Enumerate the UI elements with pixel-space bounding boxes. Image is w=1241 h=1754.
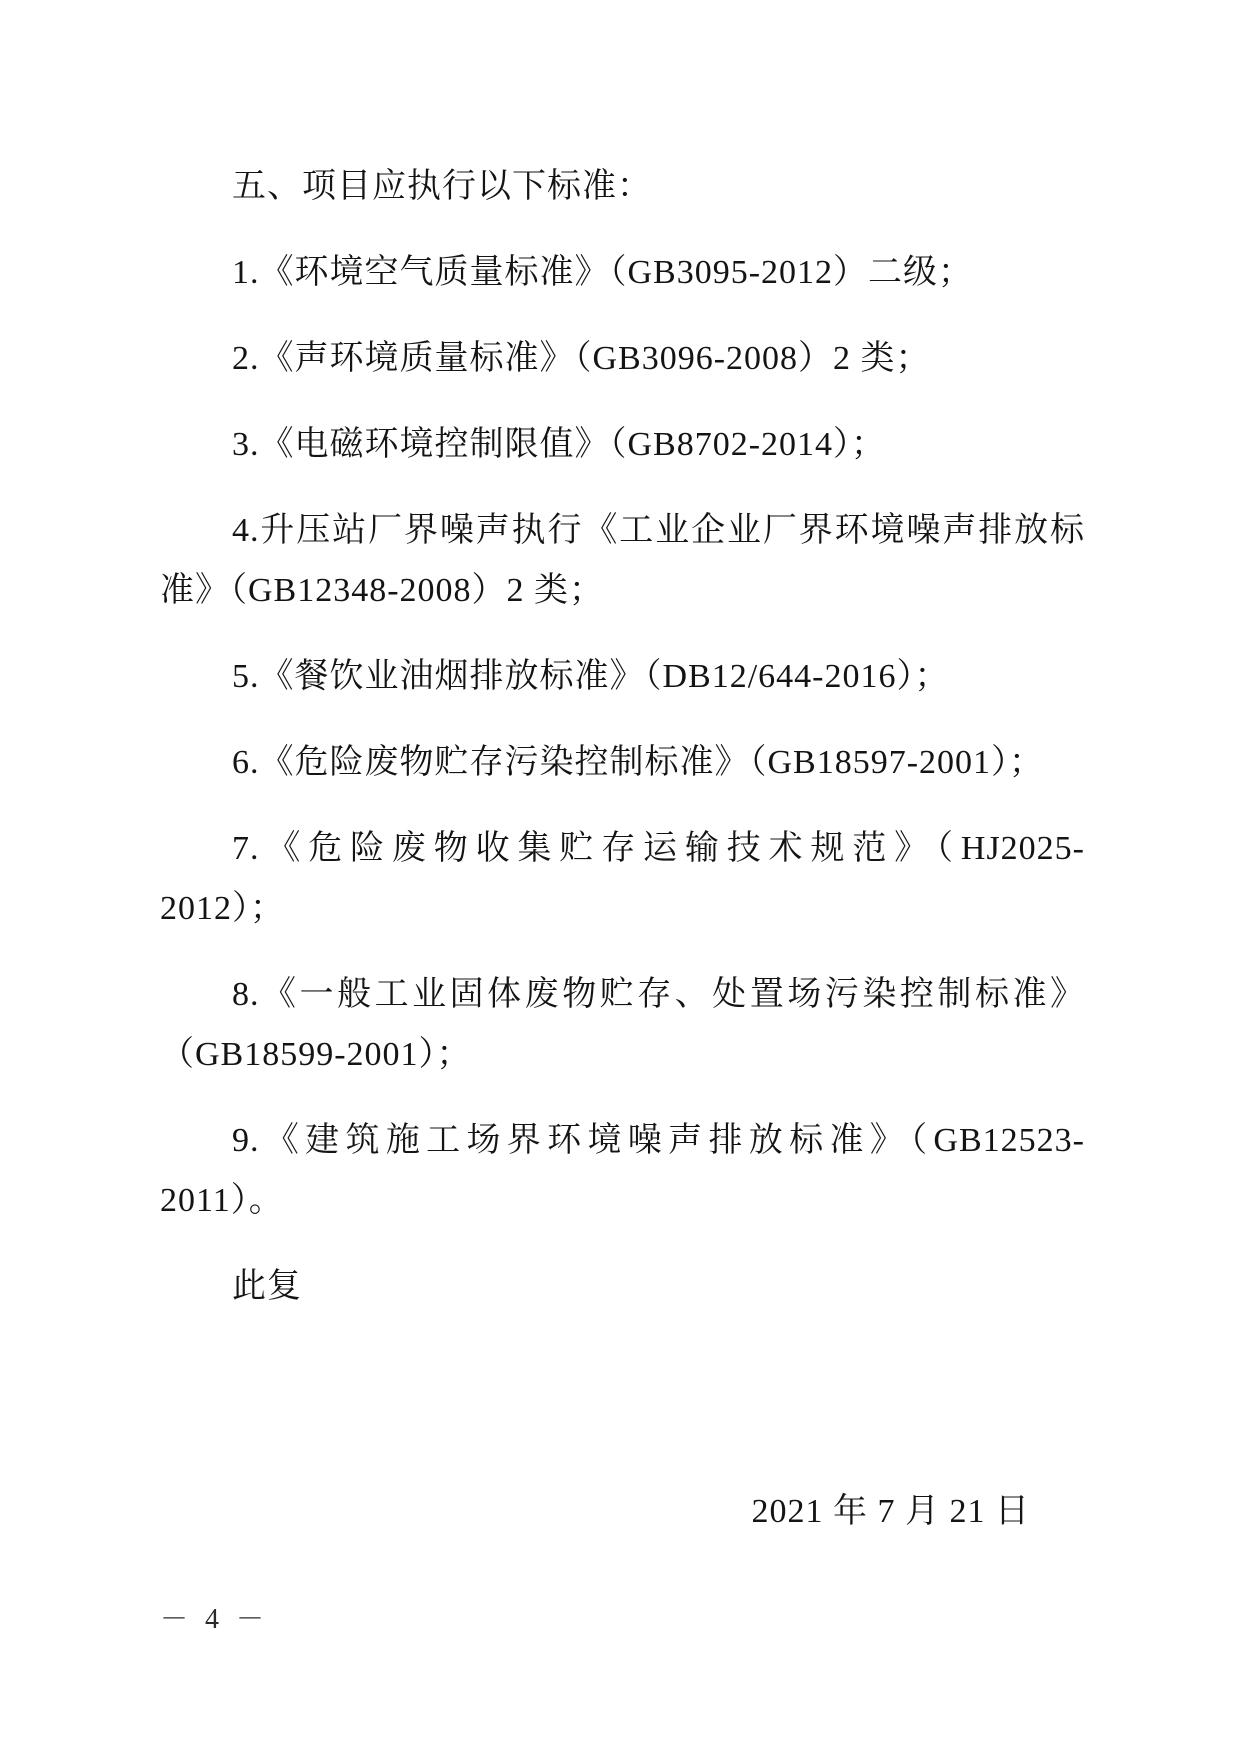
standard-item-9: 9.《建筑施工场界环境噪声排放标准》（GB12523-2011）。	[160, 1111, 1085, 1231]
document-body: 五、项目应执行以下标准： 1.《环境空气质量标准》（GB3095-2012）二级…	[160, 157, 1085, 1343]
standard-item-4: 4.升压站厂界噪声执行《工业企业厂界环境噪声排放标准》（GB12348-2008…	[160, 501, 1085, 621]
standard-item-2: 2.《声环境质量标准》（GB3096-2008）2 类；	[160, 329, 1085, 389]
standard-item-3: 3.《电磁环境控制限值》（GB8702-2014）；	[160, 415, 1085, 475]
standard-item-1: 1.《环境空气质量标准》（GB3095-2012）二级；	[160, 243, 1085, 303]
date-line: 2021 年 7 月 21 日	[752, 1482, 1031, 1542]
document-page: 五、项目应执行以下标准： 1.《环境空气质量标准》（GB3095-2012）二级…	[0, 0, 1241, 1754]
page-number: － 4 －	[160, 1603, 269, 1637]
section-heading: 五、项目应执行以下标准：	[160, 157, 1085, 217]
standard-item-5: 5.《餐饮业油烟排放标准》（DB12/644-2016）；	[160, 647, 1085, 707]
standard-item-8: 8.《一般工业固体废物贮存、处置场污染控制标准》（GB18599-2001）；	[160, 965, 1085, 1085]
standard-item-6: 6.《危险废物贮存污染控制标准》（GB18597-2001）；	[160, 733, 1085, 793]
closing-phrase: 此复	[160, 1257, 1085, 1317]
standard-item-7: 7.《危险废物收集贮存运输技术规范》（HJ2025-2012）；	[160, 819, 1085, 939]
